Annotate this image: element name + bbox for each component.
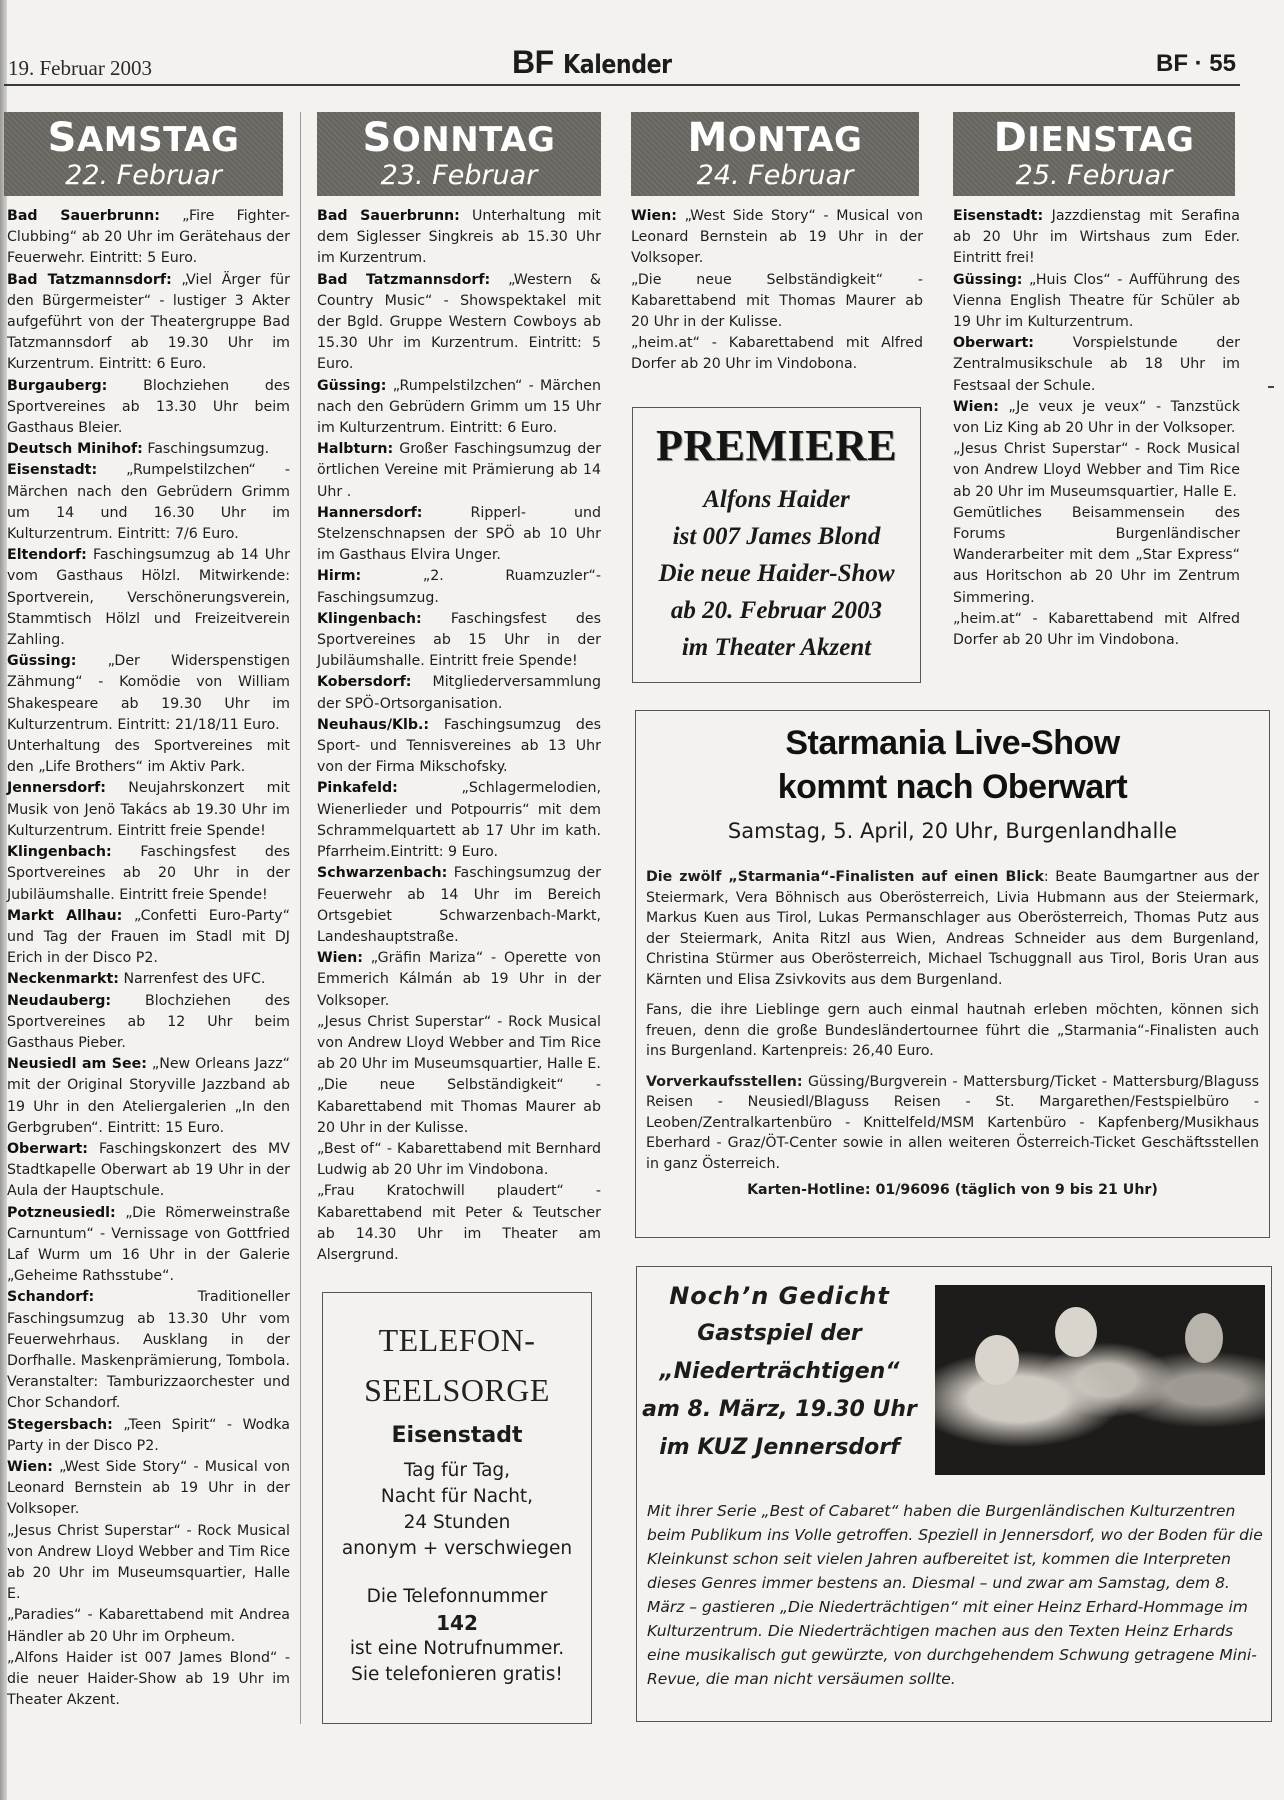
noch-line: Gastspiel der: [637, 1315, 922, 1353]
event-text: „Paradies“ - Kabarettabend mit Andrea Hä…: [7, 1607, 290, 1644]
event-entry: Eltendorf: Faschingsumzug ab 14 Uhr vom …: [7, 545, 290, 651]
noch-title: Noch’n Gedicht: [637, 1277, 922, 1315]
event-text: „heim.at“ - Kabarettabend mit Alfred Dor…: [953, 611, 1240, 648]
seelsorge-line: Tag für Tag,: [323, 1458, 591, 1484]
seelsorge-number-intro: Die Telefonnummer: [323, 1584, 591, 1610]
page-number: BF · 55: [1156, 50, 1236, 78]
event-place: Eltendorf:: [7, 547, 87, 563]
seelsorge-line: anonym + verschwiegen: [323, 1536, 591, 1562]
event-entry: Jennersdorf: Neujahrskonzert mit Musik v…: [7, 778, 290, 842]
finalists-lead: Die zwölf „Starmania“-Finalisten auf ein…: [646, 869, 1044, 885]
day-header-montag: MONTAG 24. Februar: [631, 112, 919, 196]
premiere-line: Alfons Haider: [633, 481, 920, 518]
event-text: „Die neue Selbständigkeit“ - Kabarettabe…: [317, 1077, 601, 1135]
event-entry: Bad Sauerbrunn: Unterhaltung mit dem Sig…: [317, 206, 601, 270]
column-divider: [300, 112, 301, 1724]
events-montag: Wien: „West Side Story“ - Musical von Le…: [631, 206, 923, 376]
event-entry: „Frau Kratochwill plaudert“ - Kabarettab…: [317, 1181, 601, 1266]
day-name: SAMSTAG: [4, 118, 283, 160]
premiere-title: PREMIERE: [633, 420, 920, 471]
starmania-hotline: Karten-Hotline: 01/96096 (täglich von 9 …: [636, 1182, 1269, 1198]
noch-headline-block: Noch’n Gedicht Gastspiel der „Niederträc…: [637, 1267, 922, 1467]
event-text: „Jesus Christ Superstar“ - Rock Musical …: [317, 1014, 601, 1072]
event-entry: Unterhaltung des Sportvereines mit den „…: [7, 736, 290, 778]
seelsorge-number: 142: [323, 1610, 591, 1636]
issue-date: 19. Februar 2003: [8, 56, 152, 81]
event-place: Wien:: [631, 208, 677, 224]
event-entry: „heim.at“ - Kabarettabend mit Alfred Dor…: [953, 609, 1240, 651]
noch-line: im KUZ Jennersdorf: [637, 1429, 922, 1467]
performer-face: [975, 1335, 1019, 1385]
event-place: Halbturn:: [317, 441, 393, 457]
day-name: SONNTAG: [317, 118, 601, 160]
event-entry: „Jesus Christ Superstar“ - Rock Musical …: [317, 1012, 601, 1076]
day-date: 22. Februar: [4, 160, 283, 192]
event-entry: Oberwart: Vorspielstunde der Zentralmusi…: [953, 333, 1240, 397]
event-place: Kobersdorf:: [317, 674, 411, 690]
event-place: Stegersbach:: [7, 1417, 113, 1433]
event-text: Traditioneller Faschingsumzug ab 13.30 U…: [7, 1289, 290, 1411]
premiere-line: im Theater Akzent: [633, 629, 920, 666]
event-place: Güssing:: [953, 272, 1022, 288]
event-entry: Wien: „West Side Story“ - Musical von Le…: [631, 206, 923, 270]
premiere-line: ab 20. Februar 2003: [633, 592, 920, 629]
event-entry: Klingenbach: Faschingsfest des Sportvere…: [317, 609, 601, 673]
event-entry: Potzneusiedl: „Die Römerweinstraße Carnu…: [7, 1203, 290, 1288]
event-place: Neckenmarkt:: [7, 971, 119, 987]
event-place: Neuhaus/Klb.:: [317, 717, 429, 733]
event-place: Oberwart:: [7, 1141, 88, 1157]
day-name: MONTAG: [631, 118, 919, 160]
premiere-line: Die neue Haider-Show: [633, 555, 920, 592]
event-place: Pinkafeld:: [317, 780, 398, 796]
starmania-headline-1: Starmania Live-Show: [636, 721, 1269, 765]
event-entry: Hirm: „2. Ruamzuzler“-Faschingsumzug.: [317, 566, 601, 608]
seelsorge-city: Eisenstadt: [323, 1423, 591, 1448]
event-place: Bad Tatzmannsdorf:: [317, 272, 490, 288]
event-entry: Burgauberg: Blochziehen des Sportvereine…: [7, 376, 290, 440]
event-entry: Bad Tatzmannsdorf: „Viel Ärger für den B…: [7, 270, 290, 376]
day-header-samstag: SAMSTAG 22. Februar: [4, 112, 283, 196]
event-place: Burgauberg:: [7, 378, 107, 394]
noch-line: am 8. März, 19.30 Uhr: [637, 1391, 922, 1429]
event-entry: „Jesus Christ Superstar“ - Rock Musical …: [953, 439, 1240, 503]
starmania-fans-text: Fans, die ihre Lieblinge gern auch einma…: [646, 1000, 1259, 1062]
seelsorge-line: Nacht für Nacht,: [323, 1484, 591, 1510]
event-place: Hannersdorf:: [317, 505, 422, 521]
event-place: Wien:: [317, 950, 363, 966]
event-place: Eisenstadt:: [7, 462, 97, 478]
event-entry: Eisenstadt: Jazzdienstag mit Serafina ab…: [953, 206, 1240, 270]
event-text: „heim.at“ - Kabarettabend mit Alfred Dor…: [631, 335, 923, 372]
event-place: Deutsch Minihof:: [7, 441, 143, 457]
event-place: Neudauberg:: [7, 993, 111, 1009]
scan-page-edge: [0, 0, 7, 1800]
scan-mark: [1268, 386, 1274, 388]
event-entry: „Paradies“ - Kabarettabend mit Andrea Hä…: [7, 1605, 290, 1647]
header-rule: [4, 84, 1240, 86]
event-text: Faschingsumzug.: [143, 441, 269, 457]
event-text: „Jesus Christ Superstar“ - Rock Musical …: [953, 441, 1240, 499]
event-entry: Wien: „West Side Story“ - Musical von Le…: [7, 1457, 290, 1521]
event-place: Bad Sauerbrunn:: [317, 208, 460, 224]
event-place: Bad Sauerbrunn:: [7, 208, 160, 224]
event-place: Potzneusiedl:: [7, 1205, 116, 1221]
event-entry: Klingenbach: Faschingsfest des Sportvere…: [7, 842, 290, 906]
event-entry: Neudauberg: Blochziehen des Sportvereine…: [7, 991, 290, 1055]
seelsorge-closing: ist eine Notrufnummer.: [323, 1636, 591, 1662]
day-header-sonntag: SONNTAG 23. Februar: [317, 112, 601, 196]
event-entry: Oberwart: Faschingskonzert des MV Stadtk…: [7, 1139, 290, 1203]
performers-photo: [935, 1285, 1265, 1475]
event-place: Neusiedl am See:: [7, 1056, 147, 1072]
noch-line: „Niederträchtigen“: [637, 1353, 922, 1391]
section-title: BF Kalender: [512, 44, 691, 81]
performer-face: [1055, 1307, 1097, 1357]
event-entry: „heim.at“ - Kabarettabend mit Alfred Dor…: [631, 333, 923, 375]
masthead: 19. Februar 2003 BF Kalender BF · 55: [0, 0, 1284, 90]
event-entry: Halbturn: Großer Faschingsumzug der örtl…: [317, 439, 601, 503]
event-place: Jennersdorf:: [7, 780, 106, 796]
event-text: Narrenfest des UFC.: [119, 971, 265, 987]
events-samstag: Bad Sauerbrunn: „Fire Fighter-Clubbing“ …: [7, 206, 290, 1711]
vvk-lead: Vorverkaufsstellen:: [646, 1074, 803, 1090]
event-entry: „Die neue Selbständigkeit“ - Kabarettabe…: [317, 1075, 601, 1139]
event-entry: „Alfons Haider ist 007 James Blond“ - di…: [7, 1648, 290, 1712]
day-header-dienstag: DIENSTAG 25. Februar: [953, 112, 1235, 196]
event-place: Hirm:: [317, 568, 361, 584]
day-name: DIENSTAG: [953, 118, 1235, 160]
starmania-finalists: Die zwölf „Starmania“-Finalisten auf ein…: [646, 867, 1259, 990]
event-place: Wien:: [953, 399, 999, 415]
event-place: Klingenbach:: [317, 611, 422, 627]
event-entry: „Jesus Christ Superstar“ - Rock Musical …: [7, 1521, 290, 1606]
premiere-ad: PREMIERE Alfons Haider ist 007 James Blo…: [632, 407, 921, 683]
event-text: Unterhaltung des Sportvereines mit den „…: [7, 738, 290, 775]
starmania-headline-2: kommt nach Oberwart: [636, 765, 1269, 809]
event-place: Eisenstadt:: [953, 208, 1043, 224]
premiere-line: ist 007 James Blond: [633, 518, 920, 555]
day-date: 23. Februar: [317, 160, 601, 192]
event-entry: „Best of“ - Kabarettabend mit Bernhard L…: [317, 1139, 601, 1181]
event-entry: Deutsch Minihof: Faschingsumzug.: [7, 439, 290, 460]
event-entry: Güssing: „Der Widerspenstigen Zähmung“ -…: [7, 651, 290, 736]
event-place: Güssing:: [7, 653, 76, 669]
event-place: Markt Allhau:: [7, 908, 122, 924]
day-date: 24. Februar: [631, 160, 919, 192]
starmania-ad: Starmania Live-Show kommt nach Oberwart …: [635, 710, 1270, 1238]
event-text: „Jesus Christ Superstar“ - Rock Musical …: [7, 1523, 290, 1603]
event-entry: Eisenstadt: „Rumpelstilzchen“ - Märchen …: [7, 460, 290, 545]
section-name: Kalender: [563, 50, 672, 80]
event-entry: Bad Tatzmannsdorf: „Western & Country Mu…: [317, 270, 601, 376]
event-text: Gemütliches Beisammensein des Forums Bur…: [953, 505, 1240, 606]
event-entry: Schwarzenbach: Faschingsumzug der Feuerw…: [317, 863, 601, 948]
event-entry: Markt Allhau: „Confetti Euro-Party“ und …: [7, 906, 290, 970]
event-entry: Bad Sauerbrunn: „Fire Fighter-Clubbing“ …: [7, 206, 290, 270]
seelsorge-title: TELEFON- SEELSORGE: [323, 1315, 591, 1415]
telefonseelsorge-ad: TELEFON- SEELSORGE Eisenstadt Tag für Ta…: [322, 1292, 592, 1724]
brand-logo: BF: [512, 44, 554, 80]
noch-article-text: Mit ihrer Serie „Best of Cabaret“ haben …: [647, 1499, 1265, 1691]
starmania-subline: Samstag, 5. April, 20 Uhr, Burgenlandhal…: [636, 819, 1269, 843]
event-place: Schwarzenbach:: [317, 865, 447, 881]
event-entry: Wien: „Je veux je veux“ - Tanzstück von …: [953, 397, 1240, 439]
seelsorge-line: 24 Stunden: [323, 1510, 591, 1536]
seelsorge-closing: Sie telefonieren gratis!: [323, 1662, 591, 1688]
performer-face: [1185, 1313, 1223, 1363]
event-entry: Güssing: „Huis Clos“ - Aufführung des Vi…: [953, 270, 1240, 334]
event-entry: Hannersdorf: Ripperl- und Stelzenschnaps…: [317, 503, 601, 567]
starmania-vvk: Vorverkaufsstellen: Güssing/Burgverein -…: [646, 1072, 1259, 1175]
event-place: Wien:: [7, 1459, 53, 1475]
event-text: „Die neue Selbständigkeit“ - Kabarettabe…: [631, 272, 923, 330]
event-place: Oberwart:: [953, 335, 1034, 351]
event-entry: Neusiedl am See: „New Orleans Jazz“ mit …: [7, 1054, 290, 1139]
events-dienstag: Eisenstadt: Jazzdienstag mit Serafina ab…: [953, 206, 1240, 651]
event-entry: „Die neue Selbständigkeit“ - Kabarettabe…: [631, 270, 923, 334]
event-entry: Schandorf: Traditioneller Faschingsumzug…: [7, 1287, 290, 1414]
event-entry: Gemütliches Beisammensein des Forums Bur…: [953, 503, 1240, 609]
event-place: Schandorf:: [7, 1289, 94, 1305]
event-place: Klingenbach:: [7, 844, 112, 860]
event-entry: Pinkafeld: „Schlagermelodien, Wienerlied…: [317, 778, 601, 863]
event-text: „Frau Kratochwill plaudert“ - Kabarettab…: [317, 1183, 601, 1263]
event-entry: Neuhaus/Klb.: Faschingsumzug des Sport- …: [317, 715, 601, 779]
event-entry: Wien: „Gräfin Mariza“ - Operette von Emm…: [317, 948, 601, 1012]
event-text: „Alfons Haider ist 007 James Blond“ - di…: [7, 1650, 290, 1708]
event-entry: Güssing: „Rumpelstilzchen“ - Märchen nac…: [317, 376, 601, 440]
event-text: „Best of“ - Kabarettabend mit Bernhard L…: [317, 1141, 601, 1178]
event-entry: Kobersdorf: Mitgliederversammlung der SP…: [317, 672, 601, 714]
event-place: Güssing:: [317, 378, 386, 394]
noch-n-gedicht-ad: Noch’n Gedicht Gastspiel der „Niederträc…: [636, 1266, 1272, 1722]
events-sonntag: Bad Sauerbrunn: Unterhaltung mit dem Sig…: [317, 206, 601, 1266]
day-date: 25. Februar: [953, 160, 1235, 192]
event-place: Bad Tatzmannsdorf:: [7, 272, 172, 288]
event-entry: Stegersbach: „Teen Spirit“ - Wodka Party…: [7, 1415, 290, 1457]
event-entry: Neckenmarkt: Narrenfest des UFC.: [7, 969, 290, 990]
